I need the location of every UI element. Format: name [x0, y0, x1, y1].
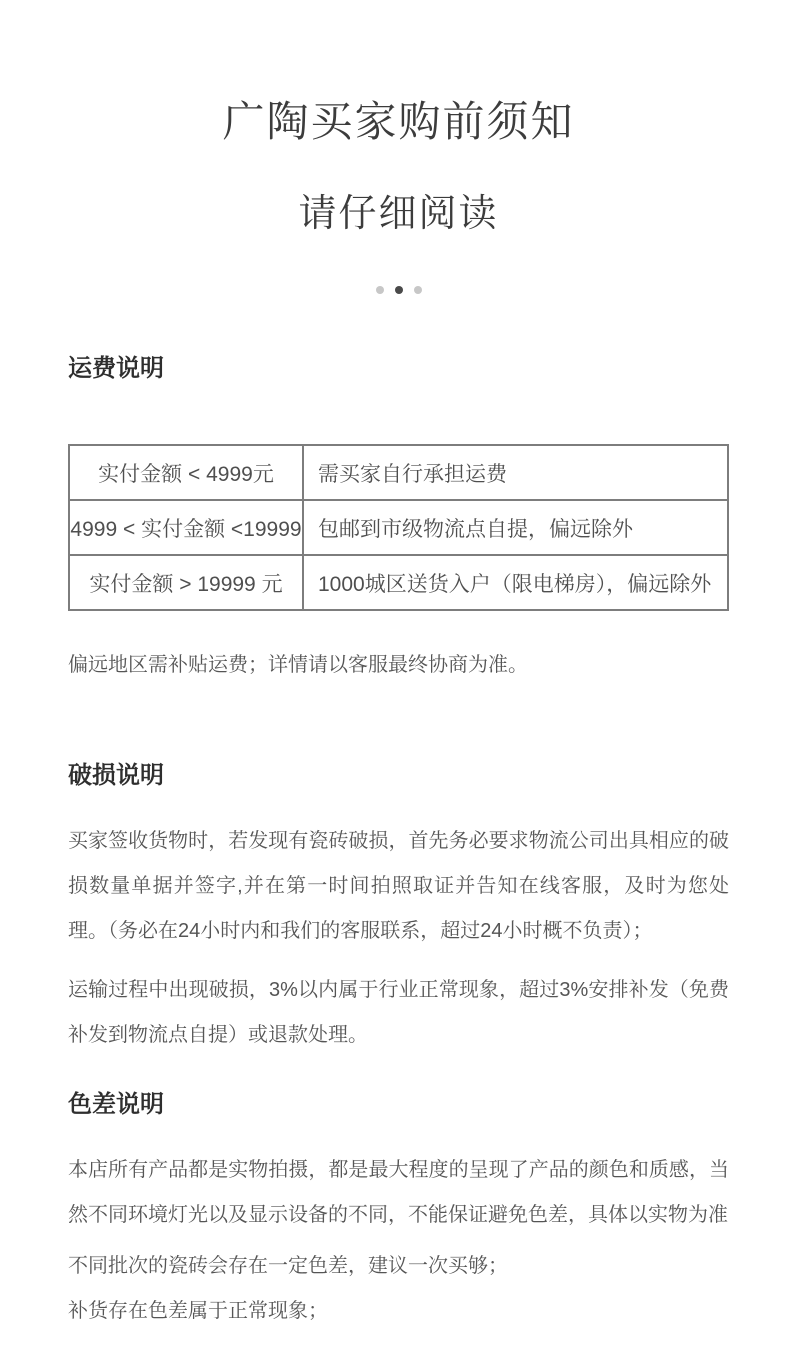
color-difference-heading: 色差说明	[68, 1090, 729, 1120]
carousel-dot-2-active[interactable]	[395, 286, 403, 294]
shipping-fee-table: 实付金额 < 4999元 需买家自行承担运费 4999 < 实付金额 <1999…	[68, 444, 729, 611]
table-row: 4999 < 实付金额 <19999 包邮到市级物流点自提，偏远除外	[69, 500, 728, 555]
notice-content: 广陶买家购前须知 请仔细阅读 运费说明 实付金额 < 4999元 需买家自行承担…	[0, 98, 790, 1334]
color-difference-paragraph-2: 不同批次的瓷砖会存在一定色差，建议一次买够；	[68, 1244, 729, 1289]
carousel-dot-1[interactable]	[376, 286, 384, 294]
shipping-policy-cell: 1000城区送货入户（限电梯房），偏远除外	[303, 555, 728, 610]
price-condition-cell: 实付金额 > 19999 元	[69, 555, 303, 610]
page-title: 广陶买家购前须知	[68, 98, 729, 146]
shipping-policy-cell: 包邮到市级物流点自提，偏远除外	[303, 500, 728, 555]
carousel-dot-3[interactable]	[414, 286, 422, 294]
page-subtitle: 请仔细阅读	[68, 192, 729, 236]
shipping-note: 偏远地区需补贴运费；详情请以客服最终协商为准。	[68, 651, 729, 679]
shipping-policy-cell: 需买家自行承担运费	[303, 445, 728, 500]
color-difference-paragraph-1: 本店所有产品都是实物拍摄，都是最大程度的呈现了产品的颜色和质感，当然不同环境灯光…	[68, 1148, 729, 1238]
table-row: 实付金额 < 4999元 需买家自行承担运费	[69, 445, 728, 500]
damage-paragraph-2: 运输过程中出现破损，3%以内属于行业正常现象，超过3%安排补发（免费补发到物流点…	[68, 968, 729, 1058]
color-difference-section: 色差说明 本店所有产品都是实物拍摄，都是最大程度的呈现了产品的颜色和质感，当然不…	[68, 1090, 729, 1334]
color-difference-paragraph-3: 补货存在色差属于正常现象；	[68, 1289, 729, 1334]
damage-section: 破损说明 买家签收货物时，若发现有瓷砖破损，首先务必要求物流公司出具相应的破损数…	[68, 761, 729, 1058]
damage-heading: 破损说明	[68, 761, 729, 791]
price-condition-cell: 4999 < 实付金额 <19999	[69, 500, 303, 555]
shipping-section: 运费说明 实付金额 < 4999元 需买家自行承担运费 4999 < 实付金额 …	[68, 354, 729, 679]
damage-paragraph-1: 买家签收货物时，若发现有瓷砖破损，首先务必要求物流公司出具相应的破损数量单据并签…	[68, 819, 729, 954]
price-condition-cell: 实付金额 < 4999元	[69, 445, 303, 500]
table-row: 实付金额 > 19999 元 1000城区送货入户（限电梯房），偏远除外	[69, 555, 728, 610]
shipping-heading: 运费说明	[68, 354, 729, 384]
buyer-notice-page: 广陶买家购前须知 请仔细阅读 运费说明 实付金额 < 4999元 需买家自行承担…	[0, 0, 790, 1347]
carousel-dots	[68, 286, 729, 294]
